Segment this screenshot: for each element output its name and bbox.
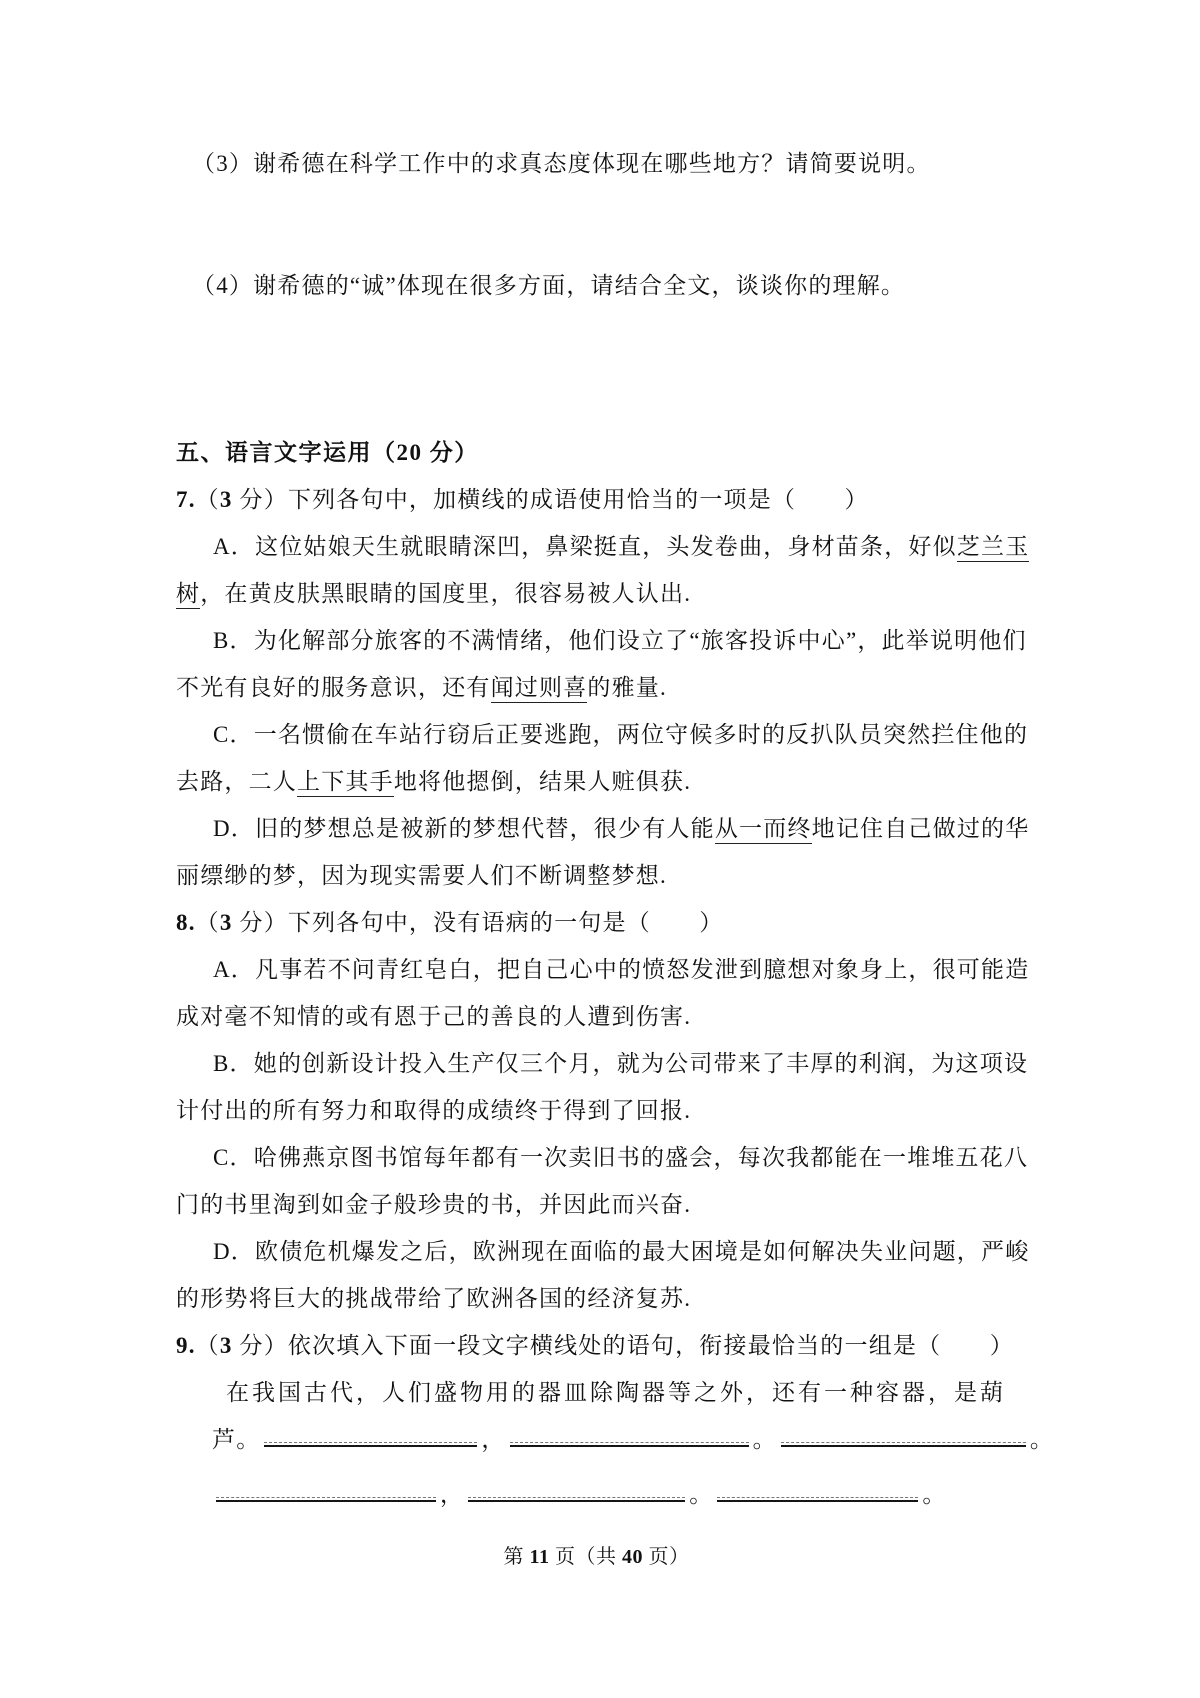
question-8-option-b-line1: B．她的创新设计投入生产仅三个月，就为公司带来了丰厚的利润，为这项设: [176, 1040, 1017, 1087]
question-8-option-c-line2: 门的书里淘到如金子般珍贵的书，并因此而兴奋.: [176, 1181, 1017, 1228]
question-8-option-c-line1: C．哈佛燕京图书馆每年都有一次卖旧书的盛会，每次我都能在一堆堆五花八: [176, 1134, 1017, 1181]
question-7-option-c-line1: C．一名惯偷在车站行窃后正要逃跑，两位守候多时的反扒队员突然拦住他的: [176, 711, 1017, 758]
section-5-heading: 五、语言文字运用（20 分）: [176, 429, 1017, 476]
question-7-option-d-line1: D．旧的梦想总是被新的梦想代替，很少有人能从一而终地记住自己做过的华: [176, 805, 1017, 852]
answer-blank-line: [468, 1490, 685, 1502]
question-7-option-b-line1: B．为化解部分旅客的不满情绪，他们设立了“旅客投诉中心”，此举说明他们: [176, 617, 1017, 664]
question-8-option-d-line1: D．欧债危机爆发之后，欧洲现在面临的最大困境是如何解决失业问题，严峻: [176, 1228, 1017, 1275]
question-8-stem: 8.（3 分）下列各句中，没有语病的一句是（ ）: [176, 899, 1017, 946]
question-7-option-b-line2: 不光有良好的服务意识，还有闻过则喜的雅量.: [176, 664, 1017, 711]
answer-blank-line: [781, 1435, 1026, 1447]
exam-page: { "accent_colors": { "text": "#111111", …: [0, 0, 1200, 1698]
question-8-option-d-line2: 的形势将巨大的挑战带给了欧洲各国的经济复苏.: [176, 1275, 1017, 1322]
question-9-blanks-row1: 芦。，。。: [176, 1416, 1017, 1463]
question-6-part3-prompt: （3）谢希德在科学工作中的求真态度体现在哪些地方？请简要说明。: [176, 140, 1017, 187]
document-body: （3）谢希德在科学工作中的求真态度体现在哪些地方？请简要说明。 （4）谢希德的“…: [0, 0, 1200, 1578]
answer-blank-line: [216, 1490, 436, 1502]
question-9-blanks-row2: ，。。: [176, 1471, 1017, 1518]
question-9-stem: 9.（3 分）依次填入下面一段文字横线处的语句，衔接最恰当的一组是（ ）: [176, 1322, 1017, 1369]
question-6-part4-prompt: （4）谢希德的“诚”体现在很多方面，请结合全文，谈谈你的理解。: [176, 262, 1017, 309]
question-7-stem: 7.（3 分）下列各句中，加横线的成语使用恰当的一项是（ ）: [176, 476, 1017, 523]
question-8-option-a-line2: 成对毫不知情的或有恩于己的善良的人遭到伤害.: [176, 993, 1017, 1040]
question-7-option-a-line1: A．这位姑娘天生就眼睛深凹，鼻梁挺直，头发卷曲，身材苗条，好似芝兰玉: [176, 523, 1017, 570]
page-number-footer: 第 11 页（共 40 页）: [176, 1536, 1017, 1578]
document-page: （3）谢希德在科学工作中的求真态度体现在哪些地方？请简要说明。 （4）谢希德的“…: [0, 0, 1200, 1698]
question-7-option-a-line2: 树，在黄皮肤黑眼睛的国度里，很容易被人认出.: [176, 570, 1017, 617]
question-9-paragraph-line1: 在我国古代，人们盛物用的器皿除陶器等之外，还有一种容器，是葫: [176, 1369, 1017, 1416]
question-8-option-b-line2: 计付出的所有努力和取得的成绩终于得到了回报.: [176, 1087, 1017, 1134]
question-8-option-a-line1: A．凡事若不问青红皂白，把自己心中的愤怒发泄到臆想对象身上，很可能造: [176, 946, 1017, 993]
answer-blank-line: [510, 1435, 749, 1447]
question-7-option-c-line2: 去路，二人上下其手地将他摁倒，结果人赃俱获.: [176, 758, 1017, 805]
answer-blank-line: [717, 1490, 918, 1502]
answer-blank-line: [264, 1435, 477, 1447]
question-7-option-d-line2: 丽缥缈的梦，因为现实需要人们不断调整梦想.: [176, 852, 1017, 899]
